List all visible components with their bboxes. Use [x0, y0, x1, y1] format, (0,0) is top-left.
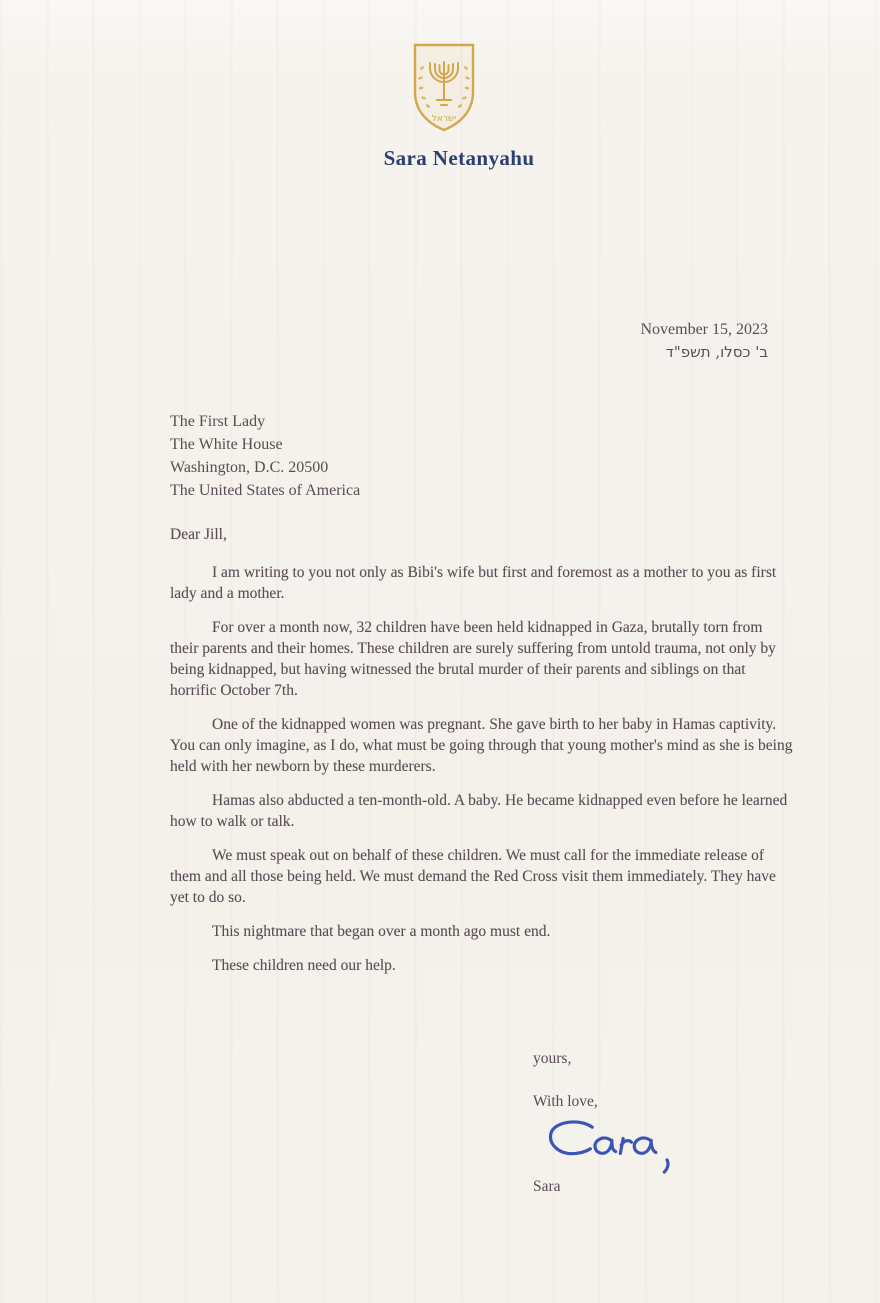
- closing-with-love: With love,: [533, 1091, 685, 1112]
- sara-signature: [535, 1116, 685, 1174]
- svg-text:ישראל: ישראל: [432, 114, 457, 124]
- salutation: Dear Jill,: [170, 524, 794, 545]
- body-paragraph: I am writing to you not only as Bibi's w…: [170, 562, 794, 604]
- address-line: The First Lady: [170, 410, 360, 433]
- body-paragraph: Hamas also abducted a ten-month-old. A b…: [170, 790, 794, 832]
- recipient-address: The First Lady The White House Washingto…: [170, 410, 360, 502]
- address-line: The White House: [170, 433, 360, 456]
- body-paragraph: For over a month now, 32 children have b…: [170, 617, 794, 701]
- address-line: The United States of America: [170, 479, 360, 502]
- israel-emblem-icon: ישראל: [406, 42, 482, 134]
- sender-name: Sara Netanyahu: [0, 146, 880, 171]
- body-paragraph: One of the kidnapped women was pregnant.…: [170, 714, 794, 777]
- date-english: November 15, 2023: [640, 318, 768, 341]
- closing-block: yours, With love, Sara: [533, 1048, 685, 1197]
- dateline: November 15, 2023 ב' כסלו, תשפ"ד: [640, 318, 768, 364]
- letter-body: Dear Jill, I am writing to you not only …: [170, 524, 794, 989]
- address-line: Washington, D.C. 20500: [170, 456, 360, 479]
- body-paragraph: We must speak out on behalf of these chi…: [170, 845, 794, 908]
- typed-name: Sara: [533, 1176, 685, 1197]
- date-hebrew: ב' כסלו, תשפ"ד: [640, 341, 768, 364]
- body-paragraph: This nightmare that began over a month a…: [170, 921, 794, 942]
- closing-yours: yours,: [533, 1048, 685, 1069]
- letter-page: ישראל Sara Netanyahu November 15, 2023 ב…: [0, 0, 880, 1303]
- body-paragraph: These children need our help.: [170, 955, 794, 976]
